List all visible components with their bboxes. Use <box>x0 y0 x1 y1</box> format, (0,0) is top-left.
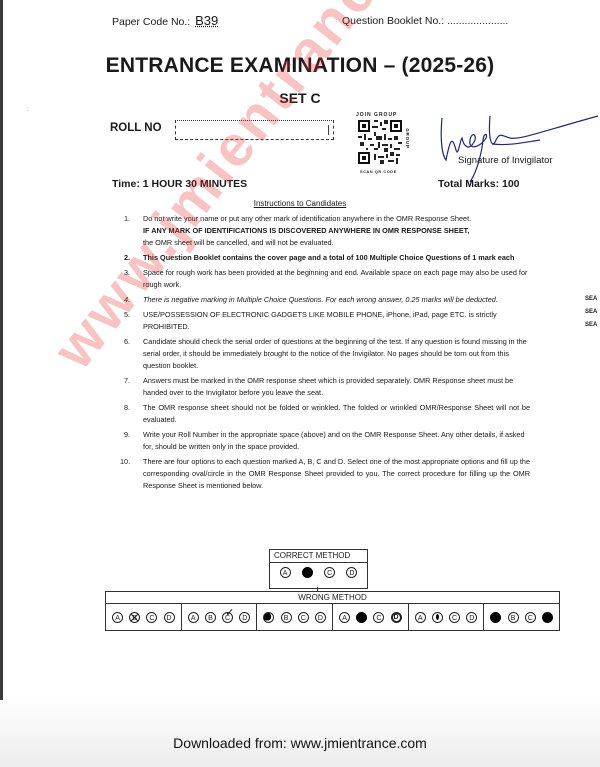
instruction-number: 8. <box>124 402 130 414</box>
instruction-number: 9. <box>124 429 130 441</box>
omr-bubble-c: C <box>298 612 309 623</box>
side-label: SEA <box>585 309 597 315</box>
wrong-method-box: WRONG METHOD ABCDABC✓DABCDABCDABCDABCD <box>105 591 560 631</box>
tick-icon: ✓ <box>225 608 234 619</box>
instruction-text: This Question Booklet contains the cover… <box>143 253 514 262</box>
instruction-number: 4. <box>124 294 130 306</box>
omr-bubble-d: D <box>315 612 326 623</box>
instruction-number: 6. <box>124 336 130 348</box>
exam-title: ENTRANCE EXAMINATION – (2025-26) <box>0 54 600 78</box>
instruction-text: Answers must be marked in the OMR respon… <box>143 376 513 397</box>
omr-bubble-b: B <box>205 612 216 623</box>
omr-bubble-c: C <box>449 612 460 623</box>
question-booklet-no: Question Booklet No.: ..................… <box>342 15 508 27</box>
omr-bubble-d: D <box>239 612 250 623</box>
instruction-number: 1. <box>124 213 130 225</box>
instruction-text: There is negative marking in Multiple Ch… <box>143 295 498 304</box>
omr-bubble-c: C <box>324 567 335 578</box>
instruction-text: Space for rough work has been provided a… <box>143 268 527 289</box>
instructions-list: 1. Do not write your name or put any oth… <box>120 213 530 495</box>
instruction-text-bold: IF ANY MARK OF IDENTIFICATIONS IS DISCOV… <box>143 226 469 235</box>
text-caret <box>328 125 329 135</box>
instruction-item: 4. There is negative marking in Multiple… <box>120 294 530 306</box>
omr-bubble-d: D <box>542 612 553 623</box>
omr-bubble-a: A <box>280 567 291 578</box>
instruction-number: 7. <box>124 375 130 387</box>
instruction-text: USE/POSSESSION OF ELECTRONIC GADGETS LIK… <box>143 310 497 331</box>
wrong-example-group: ABCD <box>257 604 333 630</box>
set-label: SET C <box>0 90 600 106</box>
side-label: SEA <box>585 322 597 328</box>
instruction-text: The OMR response sheet should not be fol… <box>143 403 530 424</box>
instruction-number: 2. <box>124 252 130 264</box>
instruction-item: 8. The OMR response sheet should not be … <box>120 402 530 426</box>
omr-bubble-c: C✓ <box>222 612 233 623</box>
margin-mark: : <box>27 107 29 113</box>
instruction-item: 5. USE/POSSESSION OF ELECTRONIC GADGETS … <box>120 309 530 333</box>
side-label: SEA <box>585 296 597 302</box>
omr-bubble-b: B <box>432 612 443 623</box>
qr-right-label: GROUP <box>405 128 410 149</box>
instruction-item: 7. Answers must be marked in the OMR res… <box>120 375 530 399</box>
paper-code-label: Paper Code No.: <box>112 16 190 28</box>
instruction-text: Write your Roll Number in the appropriat… <box>143 430 525 451</box>
wrong-method-examples: ABCDABC✓DABCDABCDABCDABCD <box>106 604 559 630</box>
omr-bubble-d: D <box>346 567 357 578</box>
roll-no-label: ROLL NO <box>110 122 162 134</box>
qr-bottom-label: SCAN QR CODE <box>360 170 397 174</box>
whatsapp-qr-badge[interactable]: JOIN GROUP WHATSAPP GROUP SCAN QR COD <box>348 112 414 174</box>
omr-bubble-a: A <box>339 612 350 623</box>
omr-bubble-b: B <box>508 612 519 623</box>
instruction-number: 5. <box>124 309 130 321</box>
instruction-item: 6. Candidate should check the serial ord… <box>120 336 530 373</box>
paper-code-value: B39 <box>195 13 218 28</box>
instruction-text: Do not write your name or put any other … <box>143 214 471 223</box>
exam-duration: Time: 1 HOUR 30 MINUTES <box>112 178 247 190</box>
omr-bubble-b: B <box>129 612 140 623</box>
footer-band <box>0 700 600 767</box>
omr-bubble-d: D <box>391 612 402 623</box>
wrong-example-group: ABCD <box>106 604 182 630</box>
instruction-text: the OMR sheet will be cancelled, and wil… <box>143 238 334 247</box>
qr-code-icon <box>358 120 402 164</box>
omr-bubble-b: B <box>356 612 367 623</box>
wrong-example-group: ABC✓D <box>182 604 258 630</box>
instruction-item: 2. This Question Booklet contains the co… <box>120 252 530 264</box>
omr-bubble-a: A <box>112 612 123 623</box>
instruction-item: 1. Do not write your name or put any oth… <box>120 213 530 250</box>
instruction-item: 3. Space for rough work has been provide… <box>120 267 530 291</box>
instructions-heading: Instructions to Candidates <box>0 199 600 208</box>
instruction-text: Candidate should check the serial order … <box>143 337 527 370</box>
omr-bubble-c: C <box>373 612 384 623</box>
omr-bubble-c: C <box>525 612 536 623</box>
omr-bubble-a: A <box>490 612 501 623</box>
download-source: Downloaded from: www.jmientrance.com <box>0 735 600 751</box>
omr-bubble-d: D <box>466 612 477 623</box>
wrong-example-group: ABCD <box>484 604 559 630</box>
correct-method-label: CORRECT METHOD <box>270 550 367 563</box>
correct-bubbles: ABCD <box>270 563 367 578</box>
instruction-text: There are four options to each question … <box>143 457 530 490</box>
qr-top-label: JOIN GROUP <box>356 112 397 118</box>
instruction-number: 10. <box>120 456 130 468</box>
instruction-item: 9. Write your Roll Number in the appropr… <box>120 429 530 453</box>
omr-bubble-b: B <box>281 612 292 623</box>
omr-bubble-a: A <box>263 612 274 623</box>
wrong-method-label: WRONG METHOD <box>106 592 559 604</box>
roll-no-field[interactable] <box>175 120 334 140</box>
omr-bubble-a: A <box>188 612 199 623</box>
correct-method-box: CORRECT METHOD ABCD <box>269 549 368 589</box>
paper-code: Paper Code No.: B39 <box>112 13 218 28</box>
omr-bubble-d: D <box>164 612 175 623</box>
wrong-example-group: ABCD <box>333 604 409 630</box>
instruction-number: 3. <box>124 267 130 279</box>
exam-cover-page: Paper Code No.: B39 Question Booklet No.… <box>0 0 600 767</box>
wrong-example-group: ABCD <box>409 604 485 630</box>
omr-bubble-c: C <box>146 612 157 623</box>
signature-label: Signature of Invigilator <box>458 155 553 166</box>
instruction-item: 10. There are four options to each quest… <box>120 456 530 493</box>
total-marks: Total Marks: 100 <box>438 178 520 190</box>
omr-bubble-a: A <box>415 612 426 623</box>
omr-bubble-b: B <box>302 567 313 578</box>
